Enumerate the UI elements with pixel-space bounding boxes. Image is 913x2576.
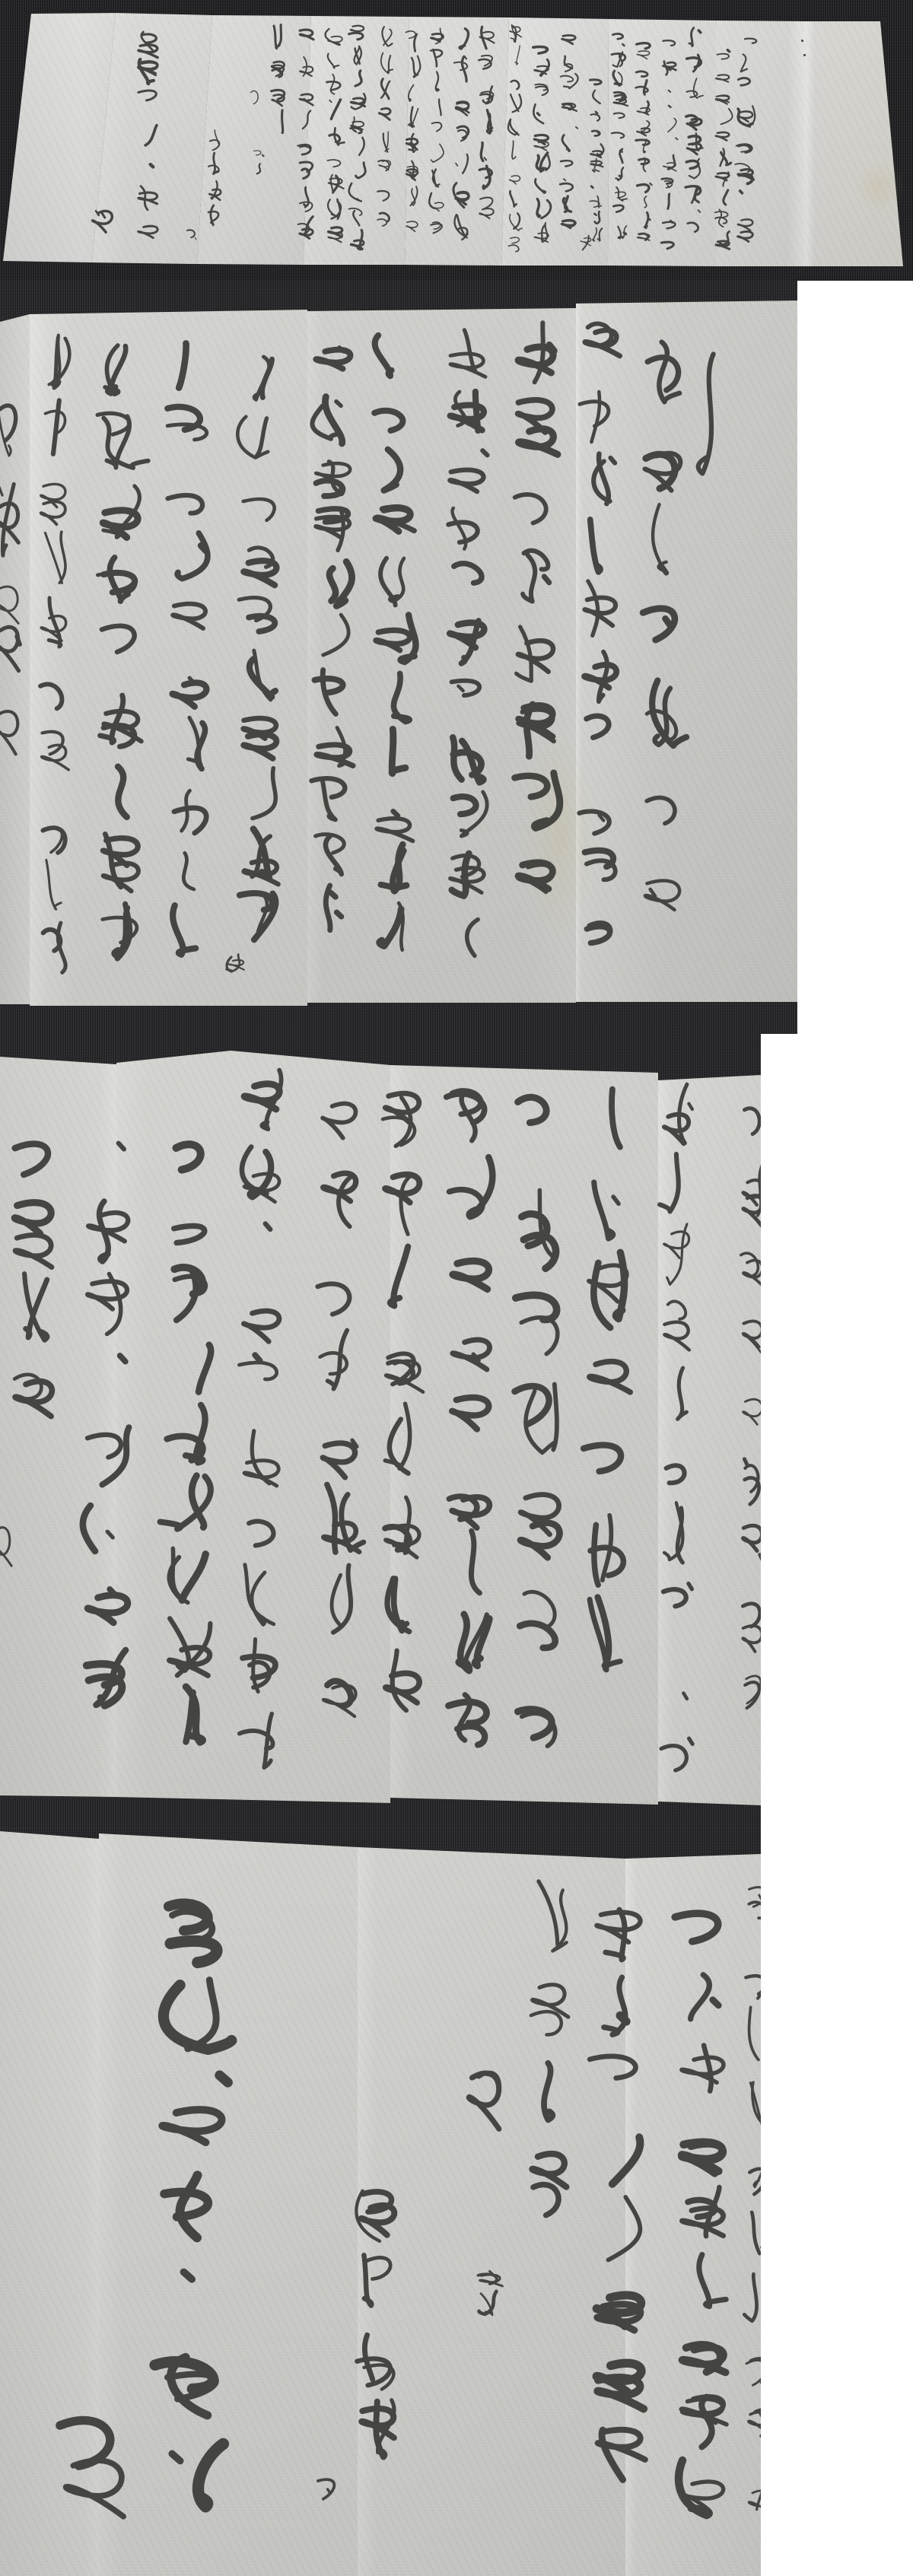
ink-column <box>364 325 424 954</box>
ink-column <box>374 1080 433 1718</box>
ink-strokes <box>46 2376 145 2524</box>
photo-detail-middle <box>0 1034 761 1828</box>
ink-column <box>658 38 681 249</box>
ink-column <box>506 21 524 256</box>
ink-column <box>33 329 75 983</box>
ink-strokes <box>2 1089 66 1440</box>
ink-strokes <box>711 46 735 249</box>
ink-column <box>733 47 759 241</box>
ink-strokes <box>609 30 631 241</box>
ink-strokes <box>346 21 369 251</box>
ink-column <box>667 1888 740 2524</box>
ink-column <box>451 21 474 241</box>
ink-column <box>2 1089 66 1440</box>
addressee-column <box>142 1883 245 2515</box>
ink-column <box>520 1874 577 2213</box>
ink-strokes <box>520 1874 577 2213</box>
ink-strokes <box>402 28 422 234</box>
signature-column <box>205 124 225 228</box>
ink-strokes <box>574 316 628 968</box>
ink-strokes <box>743 30 761 47</box>
ink-column-opening <box>743 30 761 47</box>
addressee-honorific <box>46 2376 145 2524</box>
ink-speck <box>801 40 803 42</box>
ink-strokes <box>205 124 225 228</box>
ink-column <box>161 334 219 963</box>
ink-column <box>574 316 628 968</box>
addressee-column <box>132 25 165 243</box>
paper-stain <box>852 160 905 213</box>
ink-strokes <box>268 23 289 137</box>
ink-strokes <box>247 63 265 109</box>
ink-strokes <box>33 329 75 983</box>
ink-strokes <box>506 21 524 256</box>
ink-strokes <box>733 47 759 241</box>
ink-strokes <box>161 334 219 963</box>
ink-speck <box>803 54 806 56</box>
signature-suffix <box>308 2453 342 2505</box>
ink-column <box>402 28 422 234</box>
closing-column <box>469 2256 511 2319</box>
ink-column <box>295 25 318 238</box>
ink-strokes <box>736 1084 761 1728</box>
ink-strokes <box>507 1074 574 1757</box>
ink-strokes <box>506 312 567 915</box>
ink-strokes <box>295 25 318 238</box>
ink-strokes <box>475 23 499 221</box>
ink-column-partial <box>742 1874 761 2520</box>
ink-strokes <box>582 1897 658 2486</box>
ink-column <box>375 23 395 234</box>
ink-strokes <box>132 25 165 243</box>
ink-column <box>682 23 707 234</box>
ink-column <box>576 1074 641 1678</box>
ink-strokes <box>0 363 27 771</box>
ink-column <box>577 234 595 253</box>
ink-column <box>215 952 258 975</box>
ink-column <box>458 2003 511 2137</box>
ink-strokes <box>557 30 581 236</box>
ink-column <box>530 33 554 243</box>
ink-column <box>711 46 735 249</box>
ink-strokes <box>142 1883 245 2515</box>
addressee-honorific <box>86 198 119 251</box>
ink-column <box>155 1114 225 1752</box>
photo-full-letter <box>0 0 913 281</box>
ink-strokes <box>427 23 448 236</box>
ink-column <box>323 23 348 246</box>
ink-strokes <box>656 1080 698 1777</box>
ink-strokes <box>323 23 348 246</box>
ink-strokes <box>658 38 681 249</box>
ink-strokes <box>0 1460 17 1574</box>
ink-column <box>312 1080 368 1718</box>
photo-detail-opening <box>0 281 797 1034</box>
photo-detail-closing <box>0 1828 761 2576</box>
ink-strokes <box>458 2003 511 2137</box>
ink-strokes <box>633 325 694 930</box>
ink-column <box>609 30 631 241</box>
ink-strokes <box>375 23 395 234</box>
ink-column <box>557 30 581 236</box>
ink-column <box>268 23 289 137</box>
ink-strokes <box>155 1114 225 1752</box>
ink-column <box>507 1074 574 1757</box>
signature-column <box>350 2175 407 2462</box>
ink-strokes <box>250 147 267 175</box>
ink-column <box>582 1897 658 2486</box>
ink-column <box>232 1064 293 1772</box>
ink-strokes <box>451 21 474 241</box>
ink-column <box>586 71 607 243</box>
ink-column <box>304 339 364 935</box>
ink-column <box>91 334 152 963</box>
ink-strokes <box>86 198 119 251</box>
ink-column <box>633 325 694 930</box>
ink-strokes <box>438 318 498 964</box>
ink-strokes <box>364 325 424 954</box>
ink-strokes <box>308 2453 342 2505</box>
ink-column <box>427 23 448 236</box>
ink-column <box>656 1080 698 1777</box>
ink-strokes <box>91 334 152 963</box>
closing-column <box>250 147 267 175</box>
ink-column <box>506 312 567 915</box>
ink-strokes <box>312 1080 368 1718</box>
ink-column-partial <box>736 1084 761 1728</box>
ink-column <box>232 344 290 944</box>
ink-column <box>440 1074 504 1752</box>
ink-strokes <box>742 1874 761 2520</box>
ink-strokes <box>577 234 595 253</box>
ink-strokes <box>530 33 554 243</box>
ink-strokes <box>350 2175 407 2462</box>
ink-strokes <box>304 339 364 935</box>
ink-column-partial <box>0 363 27 771</box>
ink-strokes <box>440 1074 504 1752</box>
ink-strokes <box>586 71 607 243</box>
ink-strokes <box>469 2256 511 2319</box>
ink-strokes <box>667 1888 740 2524</box>
ink-column-partial <box>0 1460 17 1574</box>
ink-strokes <box>183 221 199 243</box>
ink-column <box>247 63 265 109</box>
signature-suffix <box>183 221 199 243</box>
ink-strokes <box>374 1080 433 1718</box>
ink-strokes <box>682 23 707 234</box>
ink-strokes <box>75 1119 143 1713</box>
ink-column <box>475 23 499 221</box>
ink-strokes <box>632 40 655 249</box>
ink-strokes <box>232 344 290 944</box>
ink-column <box>75 1119 143 1713</box>
ink-column <box>438 318 498 964</box>
ink-strokes <box>576 1074 641 1678</box>
ink-column <box>632 40 655 249</box>
ink-strokes <box>215 952 258 975</box>
ink-column <box>346 21 369 251</box>
paper-panel <box>806 0 903 281</box>
ink-strokes <box>232 1064 293 1772</box>
